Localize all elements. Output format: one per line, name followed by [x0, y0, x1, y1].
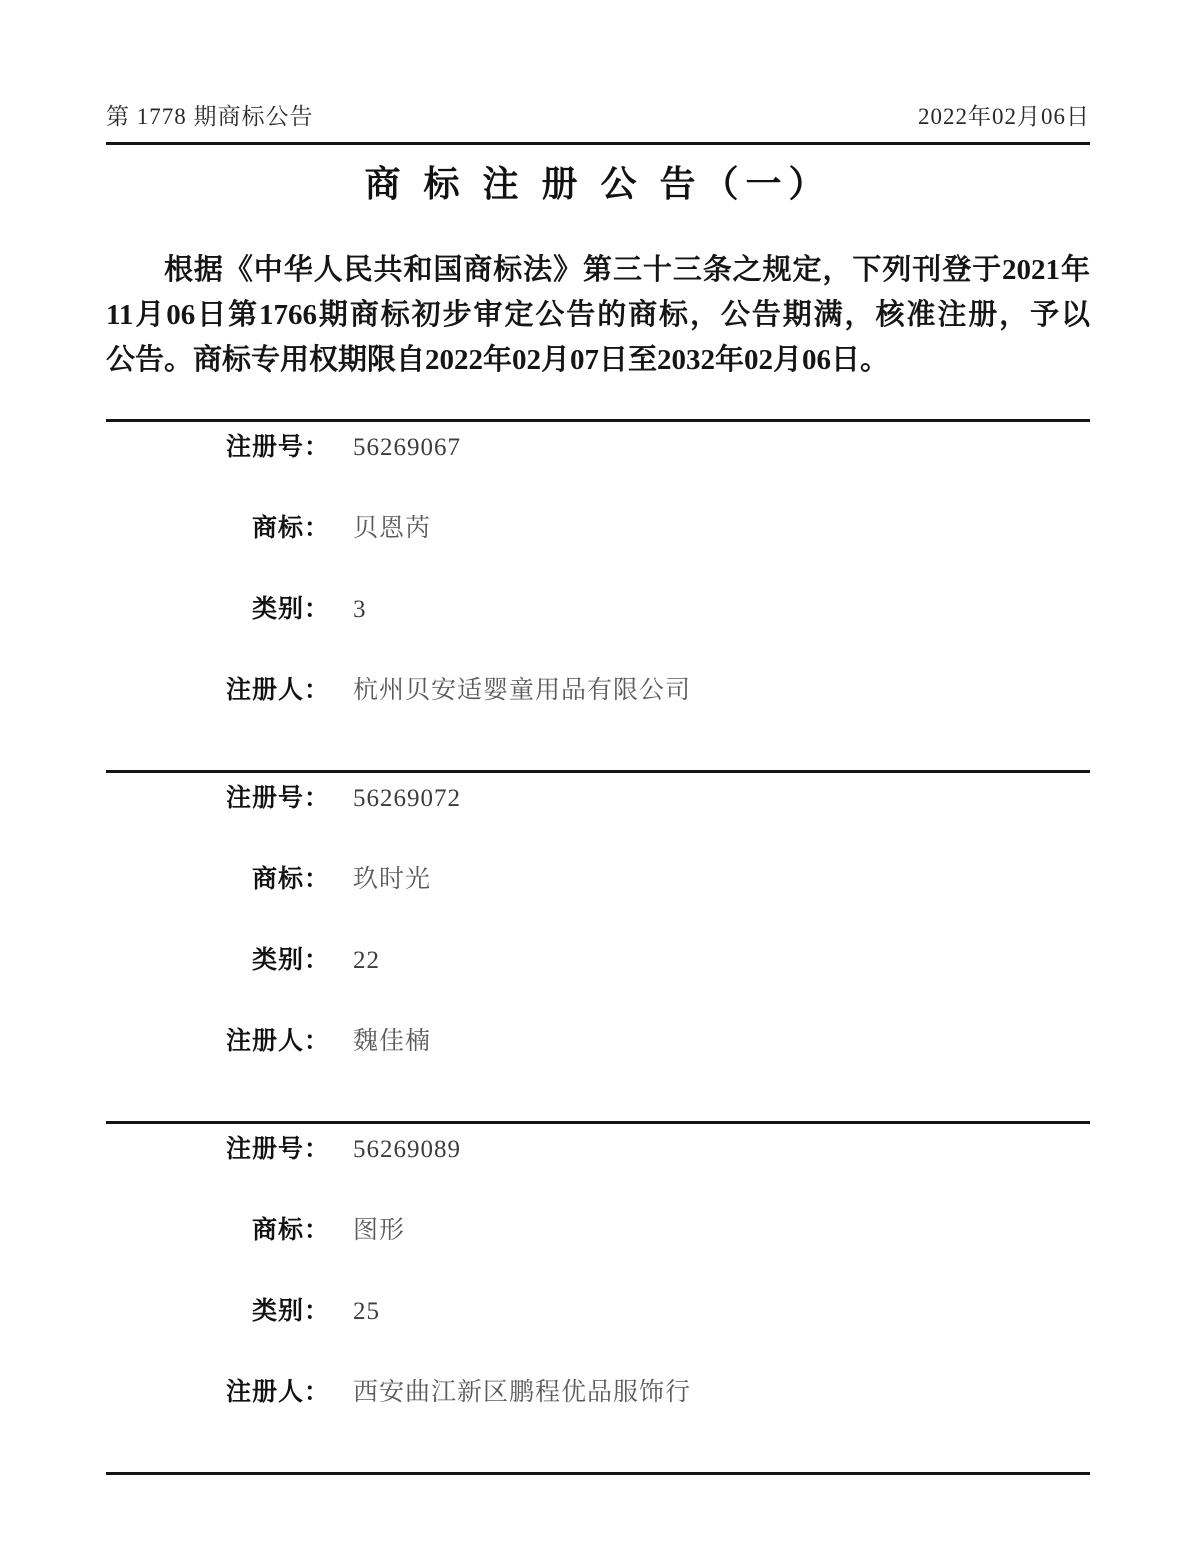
publish-date: 2022年02月06日 [918, 98, 1090, 131]
category-label: 类别： [106, 1294, 330, 1328]
registrant-label: 注册人： [106, 1375, 330, 1409]
intro-line-3: 公告。商标专用权期限自2022年02月07日至2032年02月06日。 [106, 338, 1090, 383]
gazette-page: 第 1778 期商标公告 2022年02月06日 商 标 注 册 公 告（一） … [0, 0, 1190, 1564]
trademark-value: 贝恩芮 [353, 512, 431, 546]
category-label: 类别： [106, 592, 330, 626]
category-row: 类别： 25 [106, 1294, 1090, 1329]
intro-line-1: 根据《中华人民共和国商标法》第三十三条之规定，下列刊登于2021年 [106, 248, 1090, 293]
reg-no-label: 注册号： [106, 781, 330, 815]
reg-no-value: 56269072 [353, 782, 461, 816]
category-label: 类别： [106, 943, 330, 977]
trademark-label: 商标： [106, 862, 330, 896]
trademark-row: 商标： 玖时光 [106, 862, 1090, 897]
bottom-rule [106, 1472, 1090, 1475]
reg-no-label: 注册号： [106, 430, 330, 464]
reg-no-row: 注册号： 56269089 [106, 1132, 1090, 1167]
trademark-label: 商标： [106, 511, 330, 545]
category-value: 25 [353, 1295, 380, 1329]
registrant-value: 魏佳楠 [353, 1025, 431, 1059]
registrant-label: 注册人： [106, 673, 330, 707]
trademark-value: 玖时光 [353, 863, 431, 897]
intro-line-2: 11月06日第1766期商标初步审定公告的商标，公告期满，核准注册，予以 [106, 293, 1090, 338]
trademark-value: 图形 [353, 1214, 405, 1248]
doc-header: 第 1778 期商标公告 2022年02月06日 [106, 98, 1090, 131]
category-row: 类别： 22 [106, 943, 1090, 978]
trademark-label: 商标： [106, 1213, 330, 1247]
trademark-record: 注册号： 56269089 商标： 图形 类别： 25 注册人： 西安曲江新区鹏… [106, 1121, 1090, 1472]
registrant-row: 注册人： 杭州贝安适婴童用品有限公司 [106, 673, 1090, 708]
trademark-row: 商标： 贝恩芮 [106, 511, 1090, 546]
category-value: 3 [353, 593, 367, 627]
reg-no-row: 注册号： 56269067 [106, 430, 1090, 465]
reg-no-row: 注册号： 56269072 [106, 781, 1090, 816]
registrant-label: 注册人： [106, 1024, 330, 1058]
reg-no-value: 56269089 [353, 1133, 461, 1167]
registrant-row: 注册人： 西安曲江新区鹏程优品服饰行 [106, 1375, 1090, 1410]
record-separator [106, 419, 1090, 422]
trademark-row: 商标： 图形 [106, 1213, 1090, 1248]
header-rule [106, 142, 1090, 145]
registrant-value: 杭州贝安适婴童用品有限公司 [353, 674, 691, 708]
registrant-value: 西安曲江新区鹏程优品服饰行 [353, 1376, 691, 1410]
record-separator [106, 1121, 1090, 1124]
category-value: 22 [353, 944, 380, 978]
registrant-row: 注册人： 魏佳楠 [106, 1024, 1090, 1059]
trademark-record: 注册号： 56269067 商标： 贝恩芮 类别： 3 注册人： 杭州贝安适婴童… [106, 419, 1090, 770]
reg-no-label: 注册号： [106, 1132, 330, 1166]
intro-paragraph: 根据《中华人民共和国商标法》第三十三条之规定，下列刊登于2021年 11月06日… [106, 248, 1090, 383]
reg-no-value: 56269067 [353, 431, 461, 465]
category-row: 类别： 3 [106, 592, 1090, 627]
issue-label: 第 1778 期商标公告 [106, 98, 314, 131]
page-title: 商 标 注 册 公 告（一） [106, 160, 1090, 208]
trademark-record: 注册号： 56269072 商标： 玖时光 类别： 22 注册人： 魏佳楠 [106, 770, 1090, 1121]
record-separator [106, 770, 1090, 773]
